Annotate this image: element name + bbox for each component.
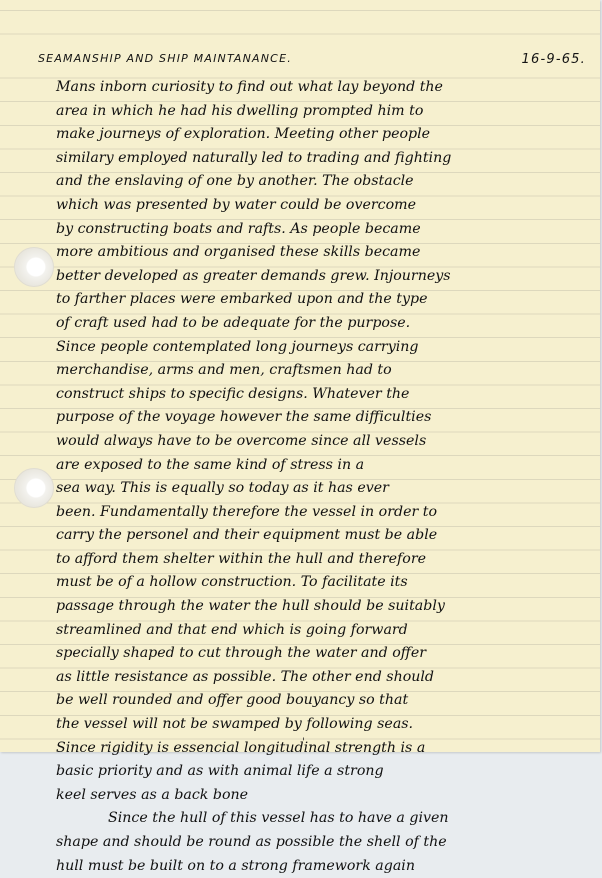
punch-hole bbox=[14, 468, 54, 508]
text-line: streamlined and that end which is going … bbox=[56, 619, 586, 643]
document-date: 16-9-65. bbox=[522, 52, 586, 67]
notebook-page: SEAMANSHIP AND SHIP MAINTANANCE. 16-9-65… bbox=[0, 0, 600, 752]
text-line: purpose of the voyage however the same d… bbox=[56, 406, 586, 430]
text-line: to farther places were embarked upon and… bbox=[56, 288, 586, 312]
handwritten-body: Mans inborn curiosity to find out what l… bbox=[56, 76, 586, 758]
punch-hole bbox=[14, 247, 54, 287]
document-title: SEAMANSHIP AND SHIP MAINTANANCE. bbox=[38, 52, 292, 65]
text-line: and the enslaving of one by another. The… bbox=[56, 170, 586, 194]
text-line: by constructing boats and rafts. As peop… bbox=[56, 218, 586, 242]
text-line: better developed as greater demands grew… bbox=[56, 265, 586, 289]
text-line: make journeys of exploration. Meeting ot… bbox=[56, 123, 586, 147]
text-line: be well rounded and offer good bouyancy … bbox=[56, 689, 586, 713]
text-line: been. Fundamentally therefore the vessel… bbox=[56, 501, 586, 525]
text-line: Since people contemplated long journeys … bbox=[56, 336, 586, 360]
text-line: are exposed to the same kind of stress i… bbox=[56, 454, 586, 478]
text-line: passage through the water the hull shoul… bbox=[56, 595, 586, 619]
text-line: Mans inborn curiosity to find out what l… bbox=[56, 76, 586, 100]
text-line: as little resistance as possible. The ot… bbox=[56, 666, 586, 690]
text-line: would always have to be overcome since a… bbox=[56, 430, 586, 454]
text-line: Since rigidity is essencial longitudinal… bbox=[56, 737, 586, 758]
text-line: specially shaped to cut through the wate… bbox=[56, 642, 586, 666]
text-line: carry the personel and their equipment m… bbox=[56, 524, 586, 548]
text-line: merchandise, arms and men, craftsmen had… bbox=[56, 359, 586, 383]
text-line: similary employed naturally led to tradi… bbox=[56, 147, 586, 171]
text-line: of craft used had to be adequate for the… bbox=[56, 312, 586, 336]
text-line: construct ships to specific designs. Wha… bbox=[56, 383, 586, 407]
text-line: which was presented by water could be ov… bbox=[56, 194, 586, 218]
text-line: the vessel will not be swamped by follow… bbox=[56, 713, 586, 737]
text-line: sea way. This is equally so today as it … bbox=[56, 477, 586, 501]
text-line: area in which he had his dwelling prompt… bbox=[56, 100, 586, 124]
text-line: more ambitious and organised these skill… bbox=[56, 241, 586, 265]
page-mark: ' bbox=[302, 737, 305, 748]
text-line: to afford them shelter within the hull a… bbox=[56, 548, 586, 572]
text-line: must be of a hollow construction. To fac… bbox=[56, 571, 586, 595]
